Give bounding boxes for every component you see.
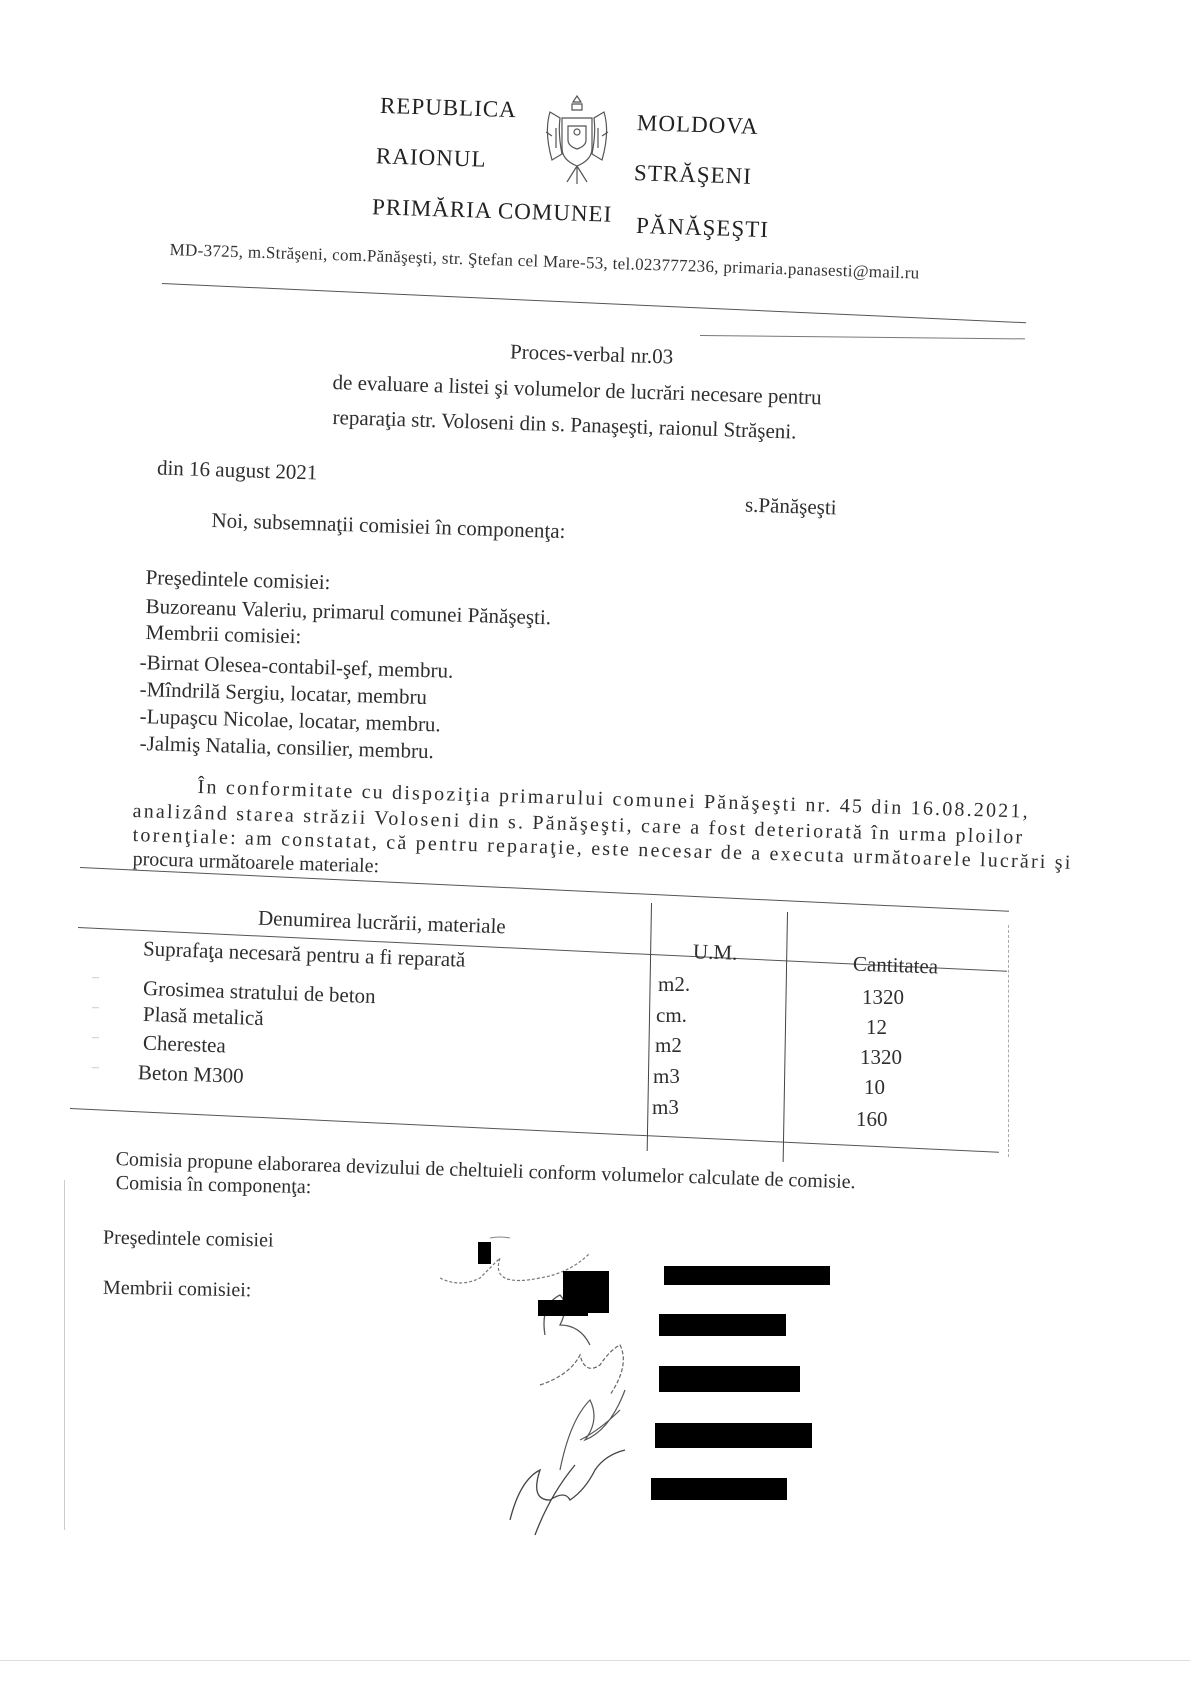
row-qty: 12 [866, 1015, 887, 1040]
header-primaria: PRIMĂRIA COMUNEI [372, 194, 613, 228]
row-unit: m2 [655, 1033, 682, 1058]
conclusion-line-2: Comisia în componenţa: [116, 1172, 312, 1199]
header-republica: REPUBLICA [380, 93, 518, 123]
table-col-divider-2 [783, 912, 788, 1162]
row-marker: – [92, 1000, 99, 1016]
row-name: Suprafaţa necesară pentru a fi reparată [143, 936, 466, 972]
scan-bottom-edge [0, 1660, 1190, 1661]
signature-members-label: Membrii comisiei: [103, 1277, 252, 1303]
table-top-border [80, 867, 1009, 912]
document-subtitle-1: de evaluare a listei şi volumelor de luc… [332, 370, 822, 410]
row-name: Plasă metalică [143, 1002, 265, 1031]
row-qty: 10 [864, 1075, 885, 1100]
scan-left-edge [64, 1180, 65, 1530]
members-label: Membrii comisiei: [145, 620, 301, 649]
row-marker: – [92, 970, 99, 986]
document-title: Proces-verbal nr.03 [510, 339, 674, 369]
header-panasesti: PĂNĂŞEŞTI [636, 213, 770, 243]
row-unit: m3 [653, 1064, 680, 1089]
scanned-document-page: REPUBLICA MOLDOVA RAIONUL STRĂŞENI PRIMĂ… [0, 0, 1190, 1683]
row-qty: 1320 [860, 1045, 902, 1070]
redaction-name-president [664, 1266, 830, 1285]
header-straseni: STRĂŞENI [634, 160, 753, 190]
row-name: Beton M300 [138, 1060, 244, 1089]
document-place: s.Pănăşeşti [745, 493, 837, 521]
president-label: Preşedintele comisiei: [145, 565, 331, 595]
document-date: din 16 august 2021 [157, 455, 318, 485]
table-header-qty: Cantitatea [853, 952, 939, 980]
row-qty: 160 [856, 1107, 888, 1132]
signature-president-label: Preşedintele comisiei [103, 1227, 274, 1253]
table-right-edge [1008, 925, 1009, 1157]
row-unit: m3 [652, 1095, 679, 1120]
intro-text: Noi, subsemnaţii comisiei în componenţa: [211, 508, 566, 544]
table-header-name: Denumirea lucrării, materiale [258, 906, 507, 940]
header-divider-tail [700, 335, 1025, 339]
row-marker: – [92, 1030, 99, 1046]
document-subtitle-2: reparaţia str. Voloseni din s. Panaşeşti… [332, 405, 797, 445]
table-header-unit: U.M. [693, 939, 738, 966]
redaction-block [478, 1242, 491, 1264]
coat-of-arms-icon [542, 92, 612, 188]
signature-member-4-icon [495, 1440, 635, 1540]
row-name: Cherestea [143, 1031, 227, 1059]
header-raionul: RAIONUL [376, 143, 487, 172]
header-address: MD-3725, m.Străşeni, com.Pănăşeşti, str.… [169, 240, 919, 284]
row-unit: cm. [656, 1003, 687, 1028]
redaction-name-member [659, 1314, 786, 1336]
row-qty: 1320 [862, 985, 904, 1010]
redaction-name-member [655, 1423, 812, 1448]
redaction-block [538, 1300, 588, 1316]
header-moldova: MOLDOVA [637, 110, 759, 140]
redaction-name-member [651, 1478, 787, 1500]
row-marker: – [92, 1060, 99, 1076]
redaction-name-member [659, 1366, 800, 1392]
row-unit: m2. [658, 972, 690, 997]
header-divider [162, 283, 1026, 323]
